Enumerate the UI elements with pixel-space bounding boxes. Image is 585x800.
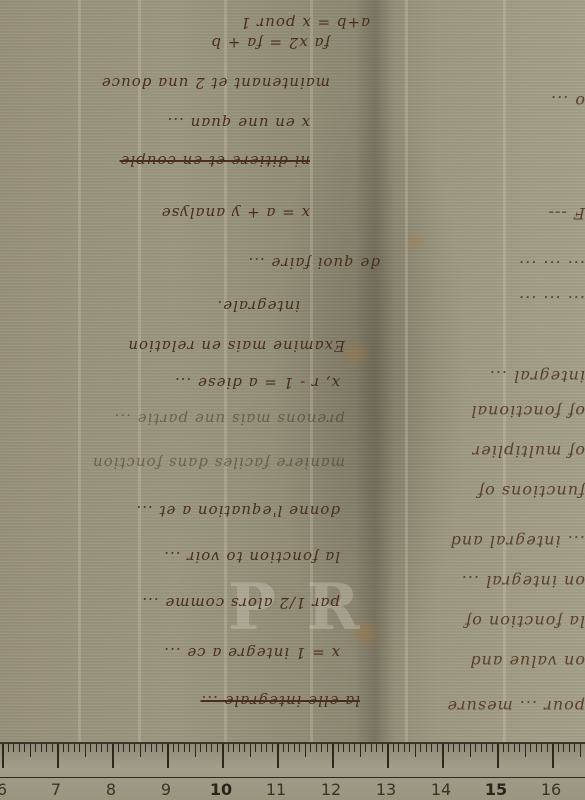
handwriting-line-right: of fonctional: [425, 402, 585, 421]
ruler-tick: [35, 744, 36, 752]
manuscript-photo: P R a+b = x pour 1 fa x2 = fa + b mainte…: [0, 0, 585, 800]
ruler-tick: [167, 744, 169, 768]
handwriting-line: x en une quan ...: [0, 114, 310, 132]
handwriting-line: ni ditiere et en couple: [0, 152, 310, 170]
handwriting-line-right: F ---: [430, 204, 585, 223]
ruler-tick: [85, 744, 86, 757]
ruler-tick: [134, 744, 135, 752]
ruler-tick: [13, 744, 14, 752]
ruler-label: 7: [51, 780, 61, 799]
ruler-tick: [239, 744, 240, 752]
ruler-label: 8: [106, 780, 116, 799]
ruler-tick: [580, 744, 581, 757]
ruler-tick: [332, 744, 334, 768]
ruler-tick: [365, 744, 366, 752]
ruler-tick: [448, 744, 449, 752]
ruler-tick: [569, 744, 570, 752]
ruler-tick: [57, 744, 59, 768]
ruler-tick: [514, 744, 515, 752]
ruler-tick: [52, 744, 53, 752]
ruler-tick: [349, 744, 350, 752]
handwriting-line: integrale.: [0, 297, 300, 315]
ruler-tick: [437, 744, 438, 752]
ruler-tick: [398, 744, 399, 752]
ruler-tick: [288, 744, 289, 752]
ruler-tick: [272, 744, 273, 752]
handwriting-line-right: functions of: [415, 482, 585, 501]
ruler-tick: [96, 744, 97, 752]
handwriting-line-right: o ...: [410, 92, 585, 111]
ruler-tick: [343, 744, 344, 752]
ruler-tick: [222, 744, 224, 768]
ruler-tick: [277, 744, 279, 768]
ruler-tick: [250, 744, 251, 757]
ruler-tick: [145, 744, 146, 752]
ruler-label: 9: [161, 780, 171, 799]
handwriting-line: prenons mais une partie ...: [0, 410, 345, 428]
handwriting-line: donne l'equation a et ...: [0, 502, 340, 520]
handwriting-line-right: on integral ...: [410, 572, 585, 591]
ruler-tick: [200, 744, 201, 752]
foxing-stain: [345, 345, 367, 363]
ruler-tick: [266, 744, 267, 752]
ruler-tick: [74, 744, 75, 752]
ruler-tick: [195, 744, 196, 757]
handwriting-line: a+b = x pour 1: [0, 14, 370, 32]
handwriting-line-right: pour ... mesure: [410, 697, 585, 716]
handwriting-line-right: of multiplier: [420, 442, 585, 461]
handwriting-line: x = a + y analyse: [0, 204, 310, 222]
ruler-tick: [178, 744, 179, 752]
ruler-tick: [376, 744, 377, 752]
ruler-tick: [552, 744, 554, 768]
ruler-tick: [261, 744, 262, 752]
ruler-tick: [464, 744, 465, 752]
handwriting-line-right: integral ...: [440, 367, 585, 386]
ruler-tick: [2, 744, 4, 768]
ruler-tick: [382, 744, 383, 752]
ruler-tick: [431, 744, 432, 752]
ruler-tick: [536, 744, 537, 752]
ruler-tick: [371, 744, 372, 752]
ruler-tick: [497, 744, 499, 768]
ruler-tick: [151, 744, 152, 752]
ruler-tick: [79, 744, 80, 752]
ruler-tick: [354, 744, 355, 752]
ruler-tick: [470, 744, 471, 757]
ruler-tick: [68, 744, 69, 752]
ruler-tick: [387, 744, 389, 768]
ruler-tick: [118, 744, 119, 752]
ruler-label: 16: [541, 780, 561, 799]
ruler-tick: [129, 744, 130, 752]
chain-line: [405, 0, 408, 742]
ruler-tick: [310, 744, 311, 752]
ruler-label: 11: [266, 780, 286, 799]
ruler-tick: [327, 744, 328, 752]
ruler-tick: [393, 744, 394, 752]
ruler-tick: [338, 744, 339, 752]
handwriting-line-right: la fonction of: [410, 612, 585, 631]
ruler-tick: [503, 744, 504, 752]
ruler-tick: [255, 744, 256, 752]
ruler-baseline: [0, 777, 585, 778]
ruler-tick: [206, 744, 207, 752]
ruler-tick: [123, 744, 124, 752]
handwriting-line: de quoi faire ...: [0, 254, 380, 272]
ruler-label: 14: [431, 780, 451, 799]
ruler-tick: [107, 744, 108, 752]
handwriting-line: maintenant et 2 una douce: [0, 74, 330, 92]
ruler-tick: [112, 744, 114, 768]
ruler-tick: [244, 744, 245, 752]
ruler-tick: [459, 744, 460, 752]
ruler-tick: [90, 744, 91, 752]
ruler-tick: [486, 744, 487, 752]
ruler-tick: [63, 744, 64, 752]
ruler-tick: [426, 744, 427, 752]
ruler-tick: [442, 744, 444, 768]
ruler-tick: [475, 744, 476, 752]
ruler-tick: [547, 744, 548, 752]
chain-line: [138, 0, 141, 742]
measurement-ruler: 6 7 8 9 10 11 12 13 14 15 16: [0, 742, 585, 800]
ruler-tick: [305, 744, 306, 757]
ruler-label: 10: [210, 780, 232, 799]
ruler-tick: [541, 744, 542, 752]
ruler-label: 12: [321, 780, 341, 799]
ruler-tick: [453, 744, 454, 752]
ruler-tick: [316, 744, 317, 752]
ruler-tick: [415, 744, 416, 757]
ruler-tick: [211, 744, 212, 752]
ruler-tick: [525, 744, 526, 757]
ruler-tick: [233, 744, 234, 752]
ruler-tick: [360, 744, 361, 757]
ruler-tick: [492, 744, 493, 752]
ruler-tick: [217, 744, 218, 752]
ruler-tick: [404, 744, 405, 752]
handwriting-line: la fonction to voir ...: [0, 548, 340, 566]
ruler-tick: [156, 744, 157, 752]
handwriting-line: par 1/2 alors comme ...: [0, 594, 340, 612]
ruler-tick: [558, 744, 559, 752]
ruler-tick: [19, 744, 20, 752]
handwriting-line-right: ... ... ...: [420, 292, 585, 311]
handwriting-line-right: ... integral and: [420, 532, 585, 551]
ruler-tick: [530, 744, 531, 752]
handwriting-line: la elle integrale ...: [0, 692, 360, 710]
ruler-tick: [162, 744, 163, 752]
chain-line: [78, 0, 81, 742]
handwriting-line: x, r - 1 = a diese ...: [0, 374, 340, 392]
ruler-label: 13: [376, 780, 396, 799]
ruler-tick: [321, 744, 322, 752]
foxing-stain: [408, 236, 422, 248]
ruler-tick: [299, 744, 300, 752]
ruler-tick: [563, 744, 564, 752]
ruler-tick: [228, 744, 229, 752]
handwriting-line: Examine mais en relation: [0, 337, 345, 355]
handwriting-line-right: ... ... ...: [420, 257, 585, 276]
ruler-tick: [519, 744, 520, 752]
handwriting-line: fa x2 = fa + b: [0, 34, 330, 52]
ruler-tick: [420, 744, 421, 752]
ruler-tick: [46, 744, 47, 752]
handwriting-line: maniere faciles dans fonction: [0, 454, 345, 472]
handwriting-line: x = 1 integre a ce ...: [0, 644, 340, 662]
ruler-tick: [283, 744, 284, 752]
ruler-tick: [508, 744, 509, 752]
ruler-tick: [140, 744, 141, 757]
ruler-label: 6: [0, 780, 7, 799]
ruler-tick: [294, 744, 295, 752]
ruler-tick: [173, 744, 174, 752]
ruler-tick: [481, 744, 482, 752]
handwriting-line-right: on value and: [410, 652, 585, 671]
ruler-tick: [184, 744, 185, 752]
ruler-label: 15: [485, 780, 507, 799]
ruler-tick: [574, 744, 575, 752]
ruler-tick: [41, 744, 42, 752]
chain-line: [224, 0, 227, 742]
ruler-tick: [101, 744, 102, 752]
ruler-tick: [30, 744, 31, 757]
ruler-tick: [24, 744, 25, 752]
ruler-tick: [8, 744, 9, 752]
ruler-tick: [189, 744, 190, 752]
ruler-tick: [409, 744, 410, 752]
